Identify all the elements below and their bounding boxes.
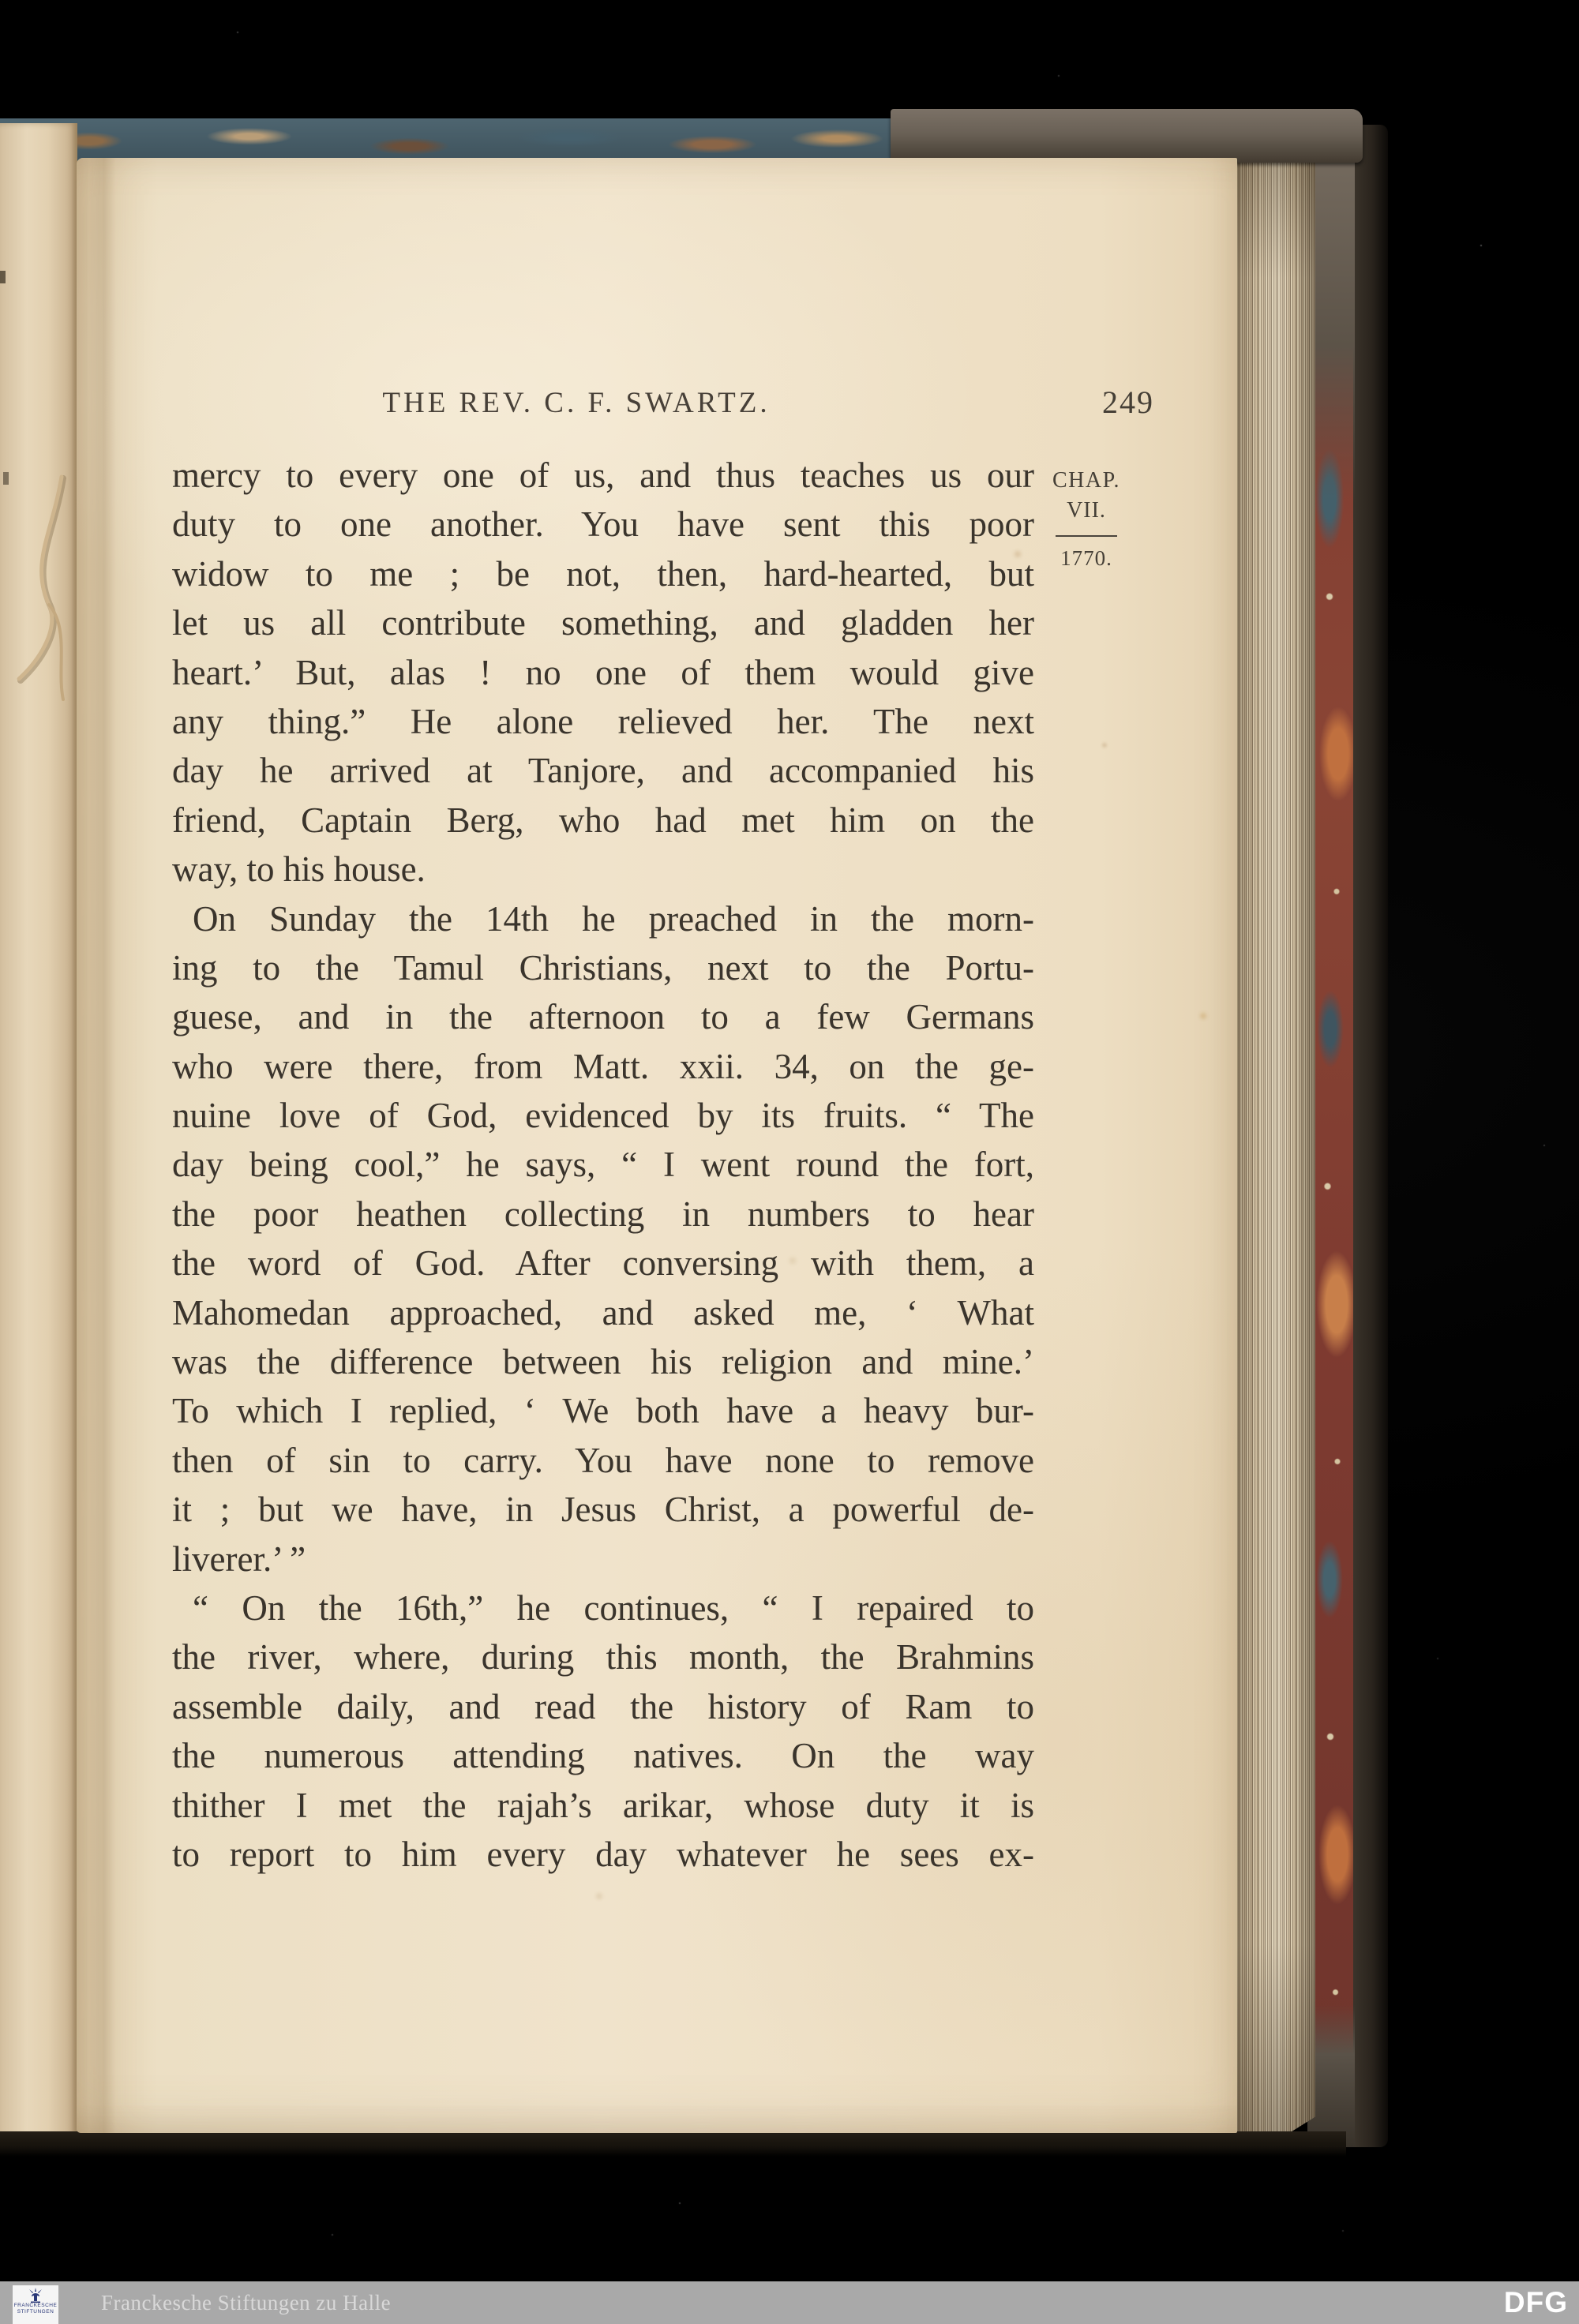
- text-line: Mahomedan approached, and asked me, ‘ Wh…: [172, 1288, 1034, 1337]
- margin-chapter-label: CHAP.: [1042, 467, 1131, 494]
- body-text: mercy to every one of us, and thus teach…: [172, 451, 1034, 1879]
- text-line: who were there, from Matt. xxii. 34, on …: [172, 1042, 1034, 1091]
- text-line: the word of God. After conversing with t…: [172, 1239, 1034, 1288]
- text-line: heart.’ But, alas ! no one of them would…: [172, 648, 1034, 697]
- text-line: thither I met the rajah’s arikar, whose …: [172, 1781, 1034, 1830]
- text-line: assemble daily, and read the history of …: [172, 1682, 1034, 1731]
- page-number: 249: [1102, 384, 1154, 421]
- marbled-board-edge-top: [0, 118, 891, 163]
- text-line: the river, where, during this month, the…: [172, 1632, 1034, 1681]
- book-cover-outer-edge: [1352, 125, 1388, 2147]
- text-line: nuine love of God, evidenced by its frui…: [172, 1091, 1034, 1140]
- running-head: THE REV. C. F. SWARTZ.: [339, 386, 813, 420]
- loose-thread-fiber: [6, 472, 101, 717]
- franckesche-logo: FRANCKESCHE STIFTUNGEN: [13, 2285, 58, 2324]
- text-line: “ On the 16th,” he continues, “ I repair…: [172, 1584, 1034, 1632]
- text-line: way, to his house.: [172, 845, 1034, 894]
- dfg-logo: DFG: [1504, 2281, 1568, 2324]
- logo-caption-line1: FRANCKESCHE: [14, 2303, 58, 2309]
- text-line: day being cool,” he says, “ I went round…: [172, 1140, 1034, 1189]
- text-line: the poor heathen collecting in numbers t…: [172, 1190, 1034, 1239]
- margin-chapter-numeral: VII.: [1042, 497, 1131, 524]
- text-line: mercy to every one of us, and thus teach…: [172, 451, 1034, 500]
- text-line: On Sunday the 14th he preached in the mo…: [172, 894, 1034, 943]
- page-block-fore-edge: [1236, 159, 1315, 2142]
- left-edge-marks: [0, 0, 2, 9]
- text-line: duty to one another. You have sent this …: [172, 500, 1034, 549]
- text-line: let us all contribute something, and gla…: [172, 598, 1034, 647]
- text-line: liverer.’ ”: [172, 1535, 1034, 1584]
- foxing-spots: [77, 158, 80, 161]
- text-line: friend, Captain Berg, who had met him on…: [172, 796, 1034, 845]
- margin-notes: CHAP. VII. 1770.: [1042, 467, 1131, 571]
- text-line: to report to him every day whatever he s…: [172, 1830, 1034, 1879]
- institution-name: Franckesche Stiftungen zu Halle: [101, 2281, 391, 2324]
- text-line: guese, and in the afternoon to a few Ger…: [172, 992, 1034, 1041]
- margin-year: 1770.: [1042, 546, 1131, 571]
- leather-edge-right-top: [1311, 155, 1355, 502]
- franckesche-emblem-icon: [25, 2287, 46, 2303]
- text-line: was the difference between his religion …: [172, 1337, 1034, 1386]
- gutter-left-page-edge: [0, 123, 77, 2141]
- text-line: widow to me ; be not, then, hard-hearted…: [172, 549, 1034, 598]
- book-bottom-edge: [0, 2131, 1346, 2157]
- text-line: it ; but we have, in Jesus Christ, a pow…: [172, 1485, 1034, 1534]
- text-line: the numerous attending natives. On the w…: [172, 1731, 1034, 1780]
- margin-rule: [1056, 535, 1117, 537]
- watermark-bar: FRANCKESCHE STIFTUNGEN Franckesche Stift…: [0, 2281, 1579, 2324]
- scanned-book-photograph: THE REV. C. F. SWARTZ. 249 CHAP. VII. 17…: [0, 0, 1579, 2324]
- leather-edge-top-right: [891, 109, 1363, 163]
- logo-caption-line2: STIFTUNGEN: [17, 2309, 54, 2315]
- text-line: any thing.” He alone relieved her. The n…: [172, 697, 1034, 746]
- text-line: To which I replied, ‘ We both have a hea…: [172, 1386, 1034, 1435]
- text-line: day he arrived at Tanjore, and accompani…: [172, 746, 1034, 795]
- text-line: ing to the Tamul Christians, next to the…: [172, 943, 1034, 992]
- text-line: then of sin to carry. You have none to r…: [172, 1436, 1034, 1485]
